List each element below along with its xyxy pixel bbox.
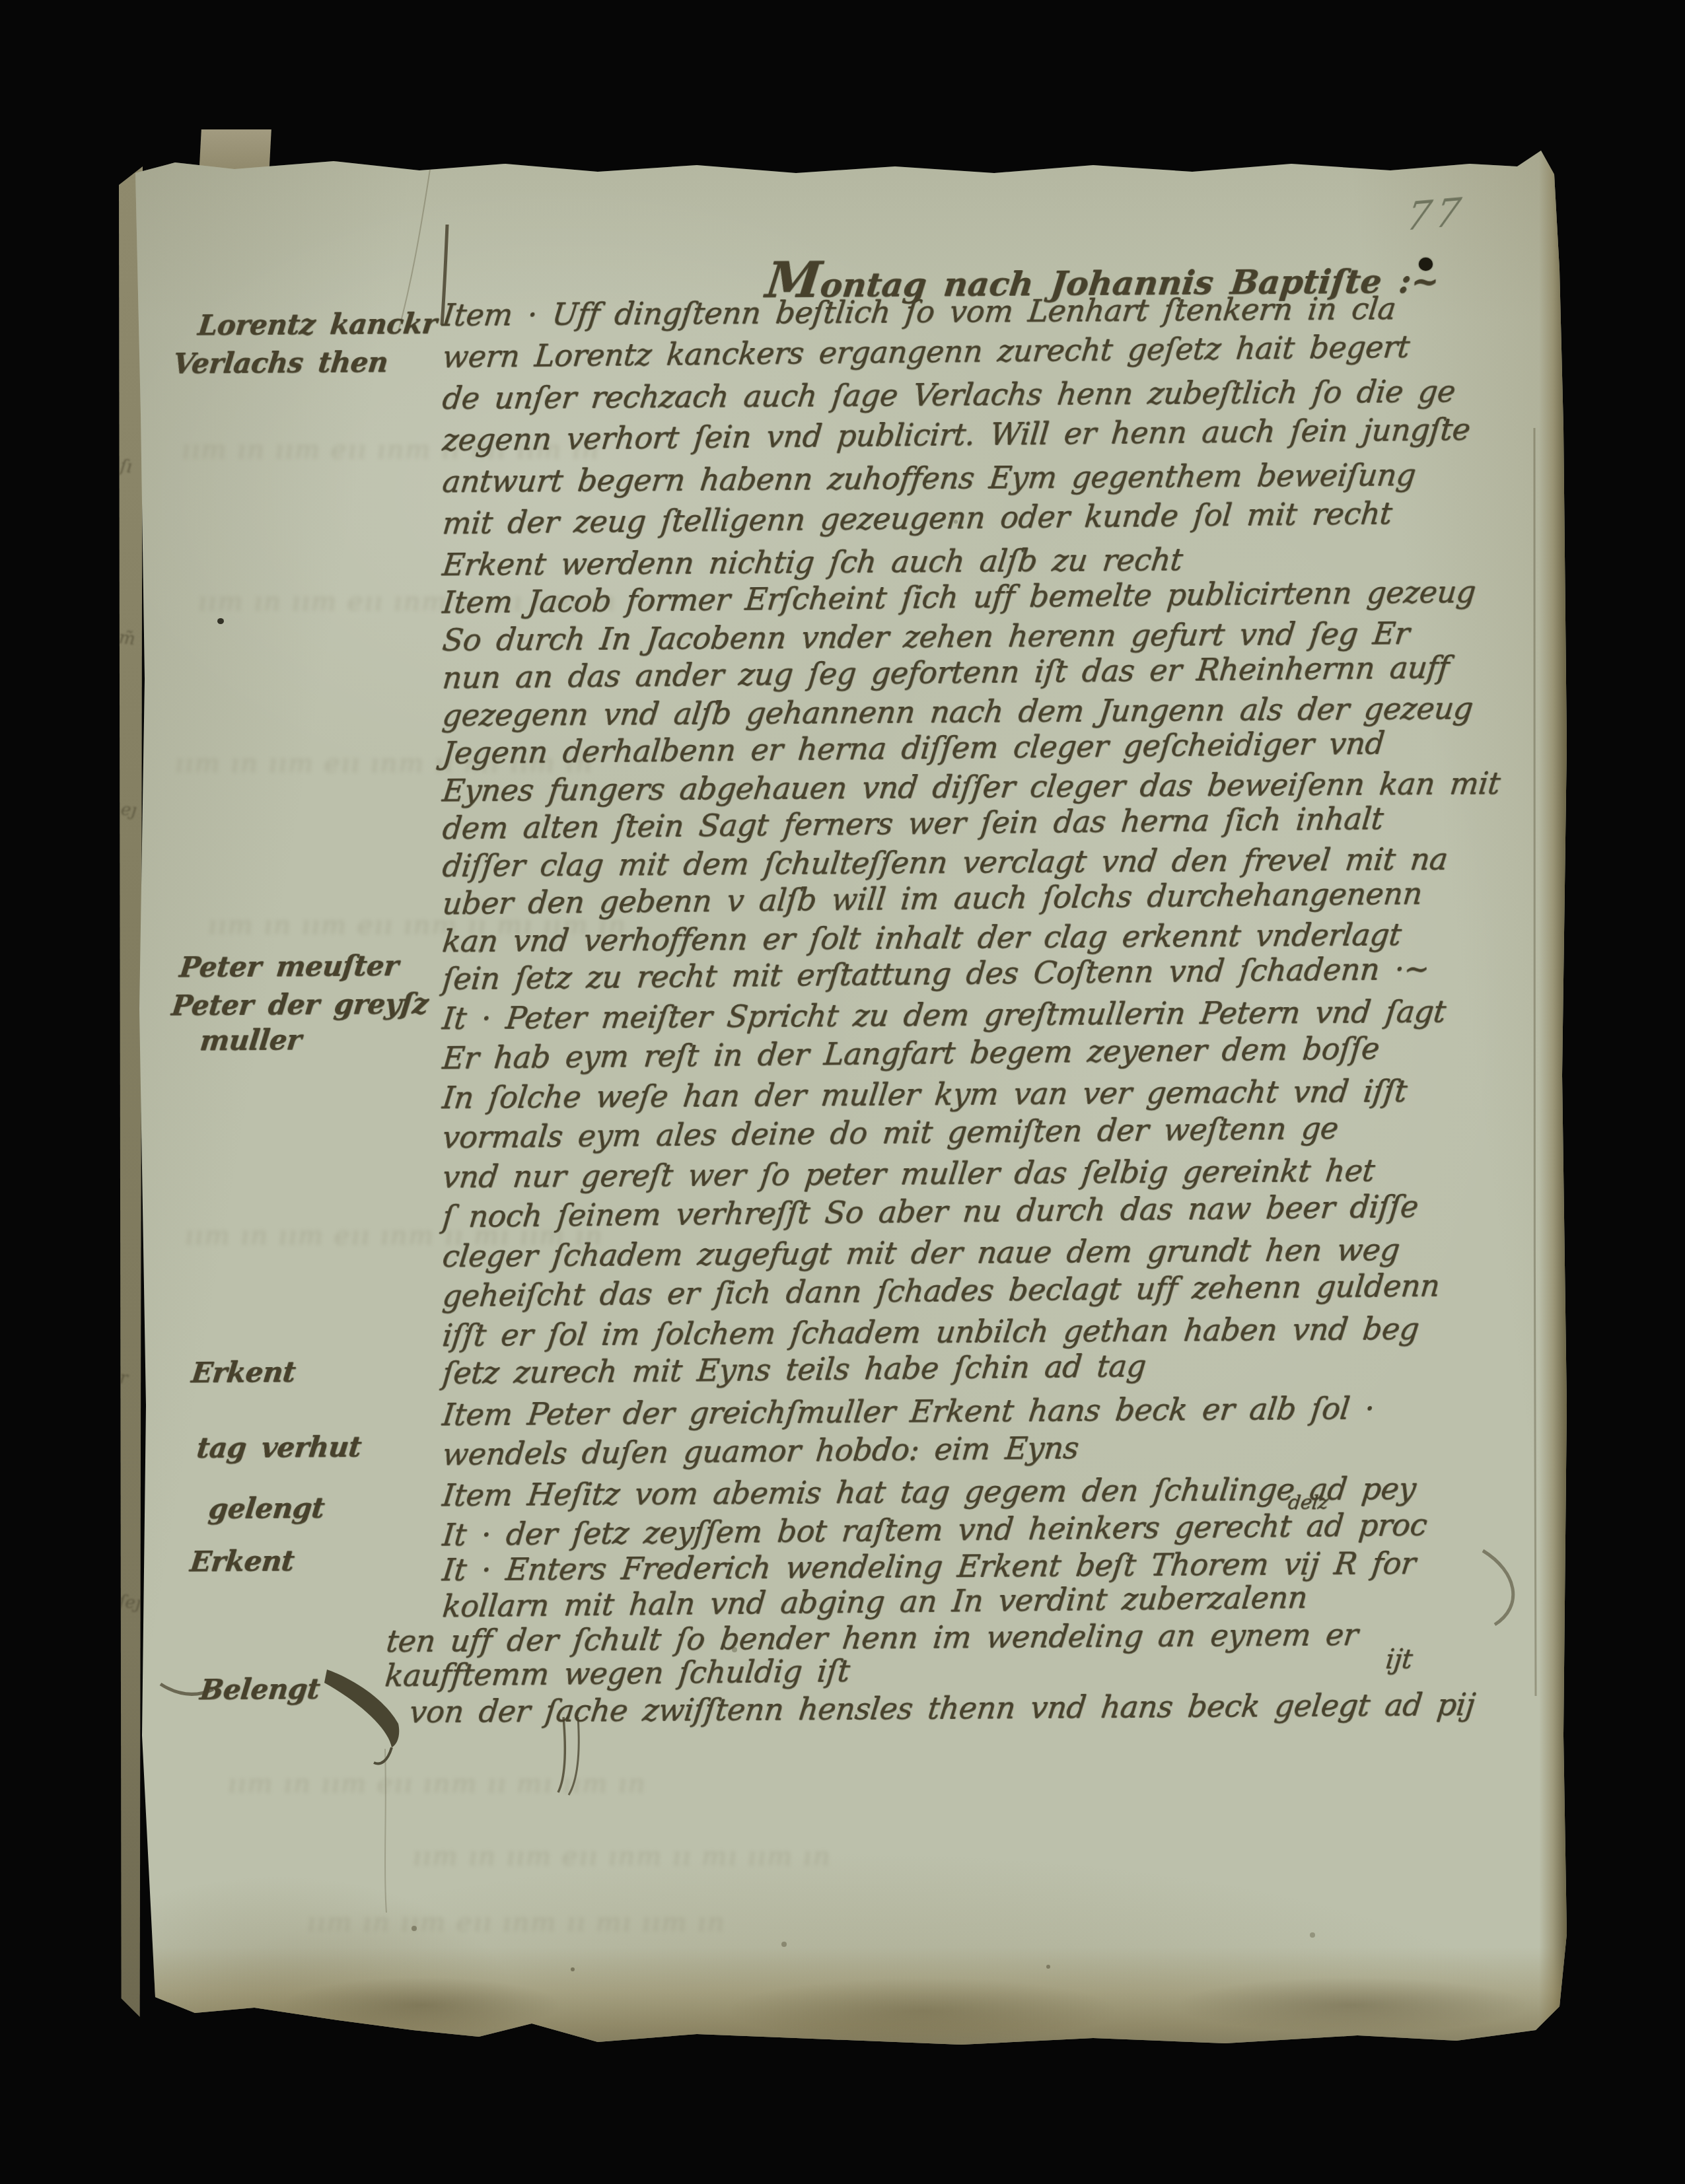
bleedthrough-mark: m̃ [118, 628, 136, 649]
bleedthrough-row [307, 1907, 725, 1938]
margin-note: muller [198, 1024, 303, 1057]
ink-speck [217, 618, 224, 624]
bleedthrough-row [228, 1769, 646, 1799]
margin-note: Erkent [190, 1356, 297, 1389]
bleedthrough-mark: eȷ [120, 800, 137, 821]
ink-specks [135, 151, 138, 153]
margin-note: Belengt [198, 1673, 322, 1706]
text-line: von der ſache zwiſſtenn hensles thenn vn… [408, 1687, 1477, 1730]
text-line: ſetz zurech mit Eyns teils habe ſchin ad… [441, 1348, 1147, 1391]
text-line: geheiſcht das er ſich dann ſchades becla… [441, 1267, 1441, 1314]
text-line: antwurt begern habenn zuhoffens Eym gege… [441, 457, 1417, 499]
text-line: de unſer rechzach auch ſage Verlachs hen… [441, 373, 1457, 416]
text-line: Erkent werdenn nichtig ſch auch alſb zu … [441, 542, 1184, 582]
text-line: It · Peter meiſter Spricht zu dem greſtm… [441, 993, 1448, 1036]
interlinear-mark: delz [1287, 1491, 1329, 1514]
manuscript-page: 77 Montag nach Johannis Baptiſte :~ Lore… [135, 151, 1567, 2053]
text-line: wern Lorentz kanckers ergangenn zurecht … [441, 329, 1411, 374]
text-line: mit der zeug ſtelligenn gezeugenn oder k… [441, 495, 1393, 541]
text-line: ſ noch ſeinem verhreſſt So aber nu durch… [441, 1189, 1419, 1234]
facing-page-edge: ſı m̃ eȷ r ſeȷ [119, 166, 143, 2017]
text-line: Item Peter der greichſmuller Erkent hans… [441, 1390, 1376, 1432]
text-line: In ſolche weſe han der muller kym van ve… [441, 1073, 1409, 1115]
bleedthrough-mark: ſeȷ [118, 1592, 142, 1613]
margin-note: Erkent [188, 1545, 296, 1578]
margin-note: gelengt [207, 1492, 326, 1525]
bleedthrough-row [413, 1841, 831, 1872]
margin-note: tag verhut [195, 1430, 363, 1464]
text-line: ten uff der ſchult ſo bender henn im wen… [384, 1617, 1360, 1659]
text-line: Item Heſitz vom abemis hat tag gegem den… [441, 1471, 1417, 1513]
text-line: wendels duſen guamor hobdo: eim Eyns [441, 1430, 1080, 1472]
bleedthrough-mark: r [118, 1368, 129, 1388]
page-stack-edge [1539, 151, 1567, 2053]
text-line: kaufftemm wegen ſchuldig iſt [383, 1653, 851, 1693]
archive-photo-backdrop: ſı m̃ eȷ r ſeȷ [0, 0, 1685, 2184]
folio-number: 77 [1404, 189, 1468, 240]
text-line: iſſt er ſol im ſolchem ſchadem unbilch g… [441, 1311, 1421, 1353]
text-line: vormals eym ales deine do mit gemiſten d… [441, 1110, 1340, 1155]
text-line: zegenn verhort ſein vnd publicirt. Will … [441, 411, 1472, 458]
bleedthrough-mark: ſı [119, 456, 133, 477]
interlinear-mark: ijt [1384, 1644, 1414, 1675]
text-line: Item · Uff dingſtenn beſtlich ſo vom Len… [441, 291, 1398, 333]
text-line: vnd nur gereſt wer ſo peter muller das ſ… [441, 1152, 1377, 1195]
water-stain [135, 1947, 1567, 2053]
margin-note: Peter meuſter [178, 950, 400, 983]
text-line: cleger ſchadem zugefugt mit der naue dem… [441, 1232, 1402, 1274]
margin-note: Peter der greyſz [170, 987, 429, 1022]
text-line: Er hab eym reſt in der Langfart begem ze… [441, 1030, 1380, 1076]
margin-note: Verlachs then [171, 346, 390, 380]
margin-note: Lorentz kanckr [196, 307, 438, 341]
